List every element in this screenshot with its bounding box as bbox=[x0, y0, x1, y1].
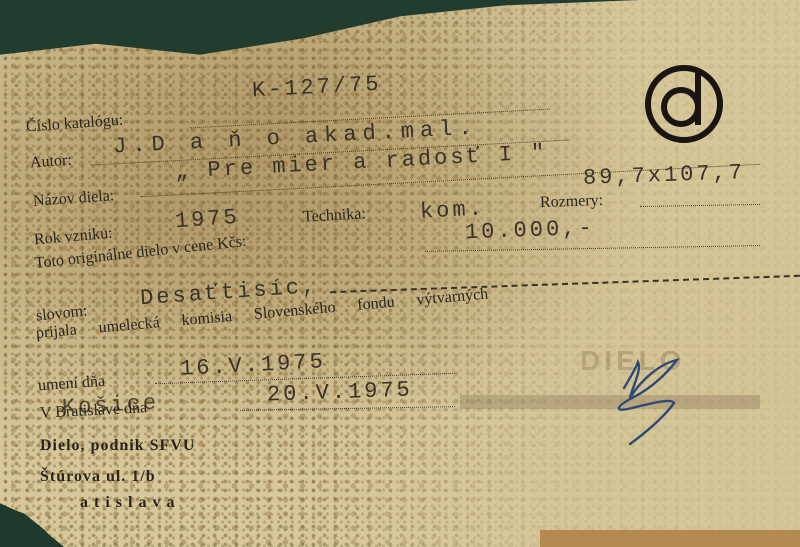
publisher-address: Štúrova ul. 1/b bbox=[40, 468, 156, 486]
price-value: 10.000,- bbox=[465, 216, 595, 246]
publisher-name: Dielo, podnik SFVU bbox=[40, 437, 195, 455]
technique-label: Technika: bbox=[303, 205, 367, 226]
author-label: Autor: bbox=[29, 152, 72, 173]
frame-edge bbox=[540, 530, 800, 547]
faded-stamp-band bbox=[460, 395, 760, 409]
year-value: 1975 bbox=[174, 205, 240, 234]
handwritten-signature-icon bbox=[612, 358, 692, 448]
dimensions-label: Rozmery: bbox=[540, 192, 604, 212]
dielo-logo-icon bbox=[643, 63, 725, 145]
publisher-city: atislava bbox=[80, 494, 180, 512]
place-date-value: 20.V.1975 bbox=[267, 377, 414, 407]
